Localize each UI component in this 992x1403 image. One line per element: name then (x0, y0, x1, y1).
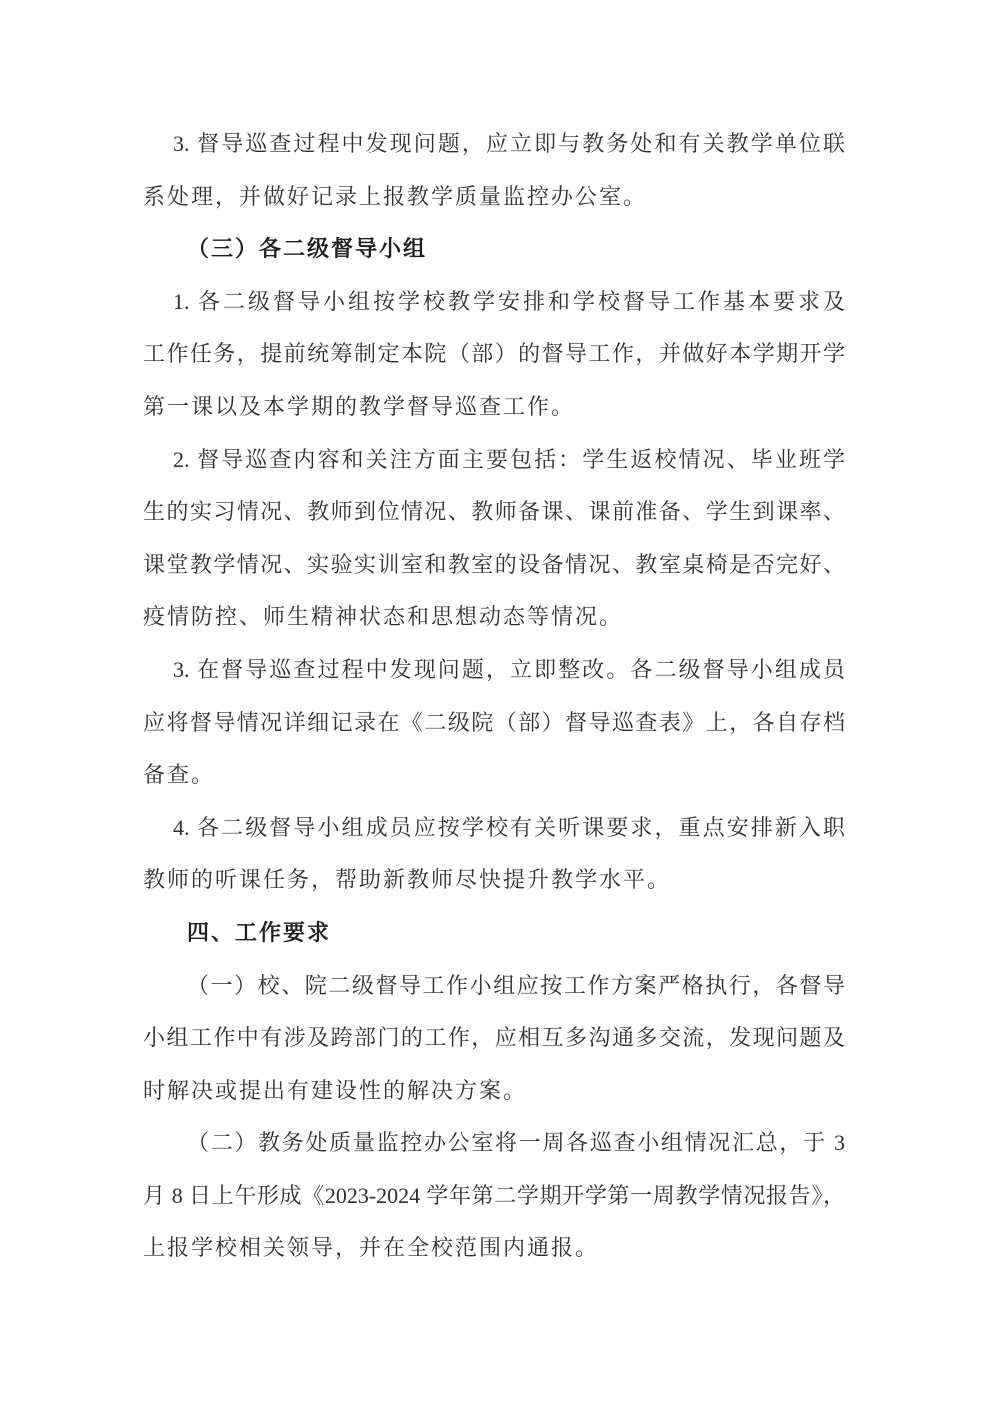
paragraph: 2. 督导巡查内容和关注方面主要包括：学生返校情况、毕业班学生的实习情况、教师到… (143, 434, 845, 644)
text-line: 2. 督导巡查内容和关注方面主要包括：学生返校情况、毕业班学 (143, 434, 845, 487)
section-heading: （三）各二级督导小组 (143, 223, 845, 276)
paragraph: （一）校、院二级督导工作小组应按工作方案严格执行，各督导小组工作中有涉及跨部门的… (143, 960, 845, 1118)
text-line: 时解决或提出有建设性的解决方案。 (143, 1065, 845, 1118)
document-body: 3. 督导巡查过程中发现问题，应立即与教务处和有关教学单位联系处理，并做好记录上… (143, 118, 845, 1275)
text-line: 工作任务，提前统筹制定本院（部）的督导工作，并做好本学期开学 (143, 328, 845, 381)
text-line: 系处理，并做好记录上报教学质量监控办公室。 (143, 171, 845, 224)
text-line: 疫情防控、师生精神状态和思想动态等情况。 (143, 591, 845, 644)
paragraph: 3. 在督导巡查过程中发现问题，立即整改。各二级督导小组成员应将督导情况详细记录… (143, 644, 845, 802)
text-line: 课堂教学情况、实验实训室和教室的设备情况、教室桌椅是否完好、 (143, 539, 845, 592)
paragraph: 3. 督导巡查过程中发现问题，应立即与教务处和有关教学单位联系处理，并做好记录上… (143, 118, 845, 223)
paragraph: 4. 各二级督导小组成员应按学校有关听课要求，重点安排新入职教师的听课任务，帮助… (143, 802, 845, 907)
paragraph: （二）教务处质量监控办公室将一周各巡查小组情况汇总，于 3月 8 日上午形成《2… (143, 1117, 845, 1275)
text-line: （二）教务处质量监控办公室将一周各巡查小组情况汇总，于 3 (143, 1117, 845, 1170)
text-line: 生的实习情况、教师到位情况、教师备课、课前准备、学生到课率、 (143, 486, 845, 539)
text-line: 1. 各二级督导小组按学校教学安排和学校督导工作基本要求及 (143, 276, 845, 329)
text-line: 小组工作中有涉及跨部门的工作，应相互多沟通多交流，发现问题及 (143, 1012, 845, 1065)
text-line: 应将督导情况详细记录在《二级院（部）督导巡查表》上，各自存档 (143, 697, 845, 750)
text-line: （三）各二级督导小组 (143, 223, 845, 276)
paragraph: 1. 各二级督导小组按学校教学安排和学校督导工作基本要求及工作任务，提前统筹制定… (143, 276, 845, 434)
text-line: 月 8 日上午形成《2023-2024 学年第二学期开学第一周教学情况报告》， (143, 1170, 845, 1223)
text-line: 四、工作要求 (143, 907, 845, 960)
text-line: 教师的听课任务，帮助新教师尽快提升教学水平。 (143, 854, 845, 907)
text-line: 3. 督导巡查过程中发现问题，应立即与教务处和有关教学单位联 (143, 118, 845, 171)
text-line: 上报学校相关领导，并在全校范围内通报。 (143, 1222, 845, 1275)
text-line: （一）校、院二级督导工作小组应按工作方案严格执行，各督导 (143, 960, 845, 1013)
section-heading: 四、工作要求 (143, 907, 845, 960)
document-page: 3. 督导巡查过程中发现问题，应立即与教务处和有关教学单位联系处理，并做好记录上… (0, 0, 992, 1403)
text-line: 第一课以及本学期的教学督导巡查工作。 (143, 381, 845, 434)
text-line: 备查。 (143, 749, 845, 802)
text-line: 4. 各二级督导小组成员应按学校有关听课要求，重点安排新入职 (143, 802, 845, 855)
text-line: 3. 在督导巡查过程中发现问题，立即整改。各二级督导小组成员 (143, 644, 845, 697)
